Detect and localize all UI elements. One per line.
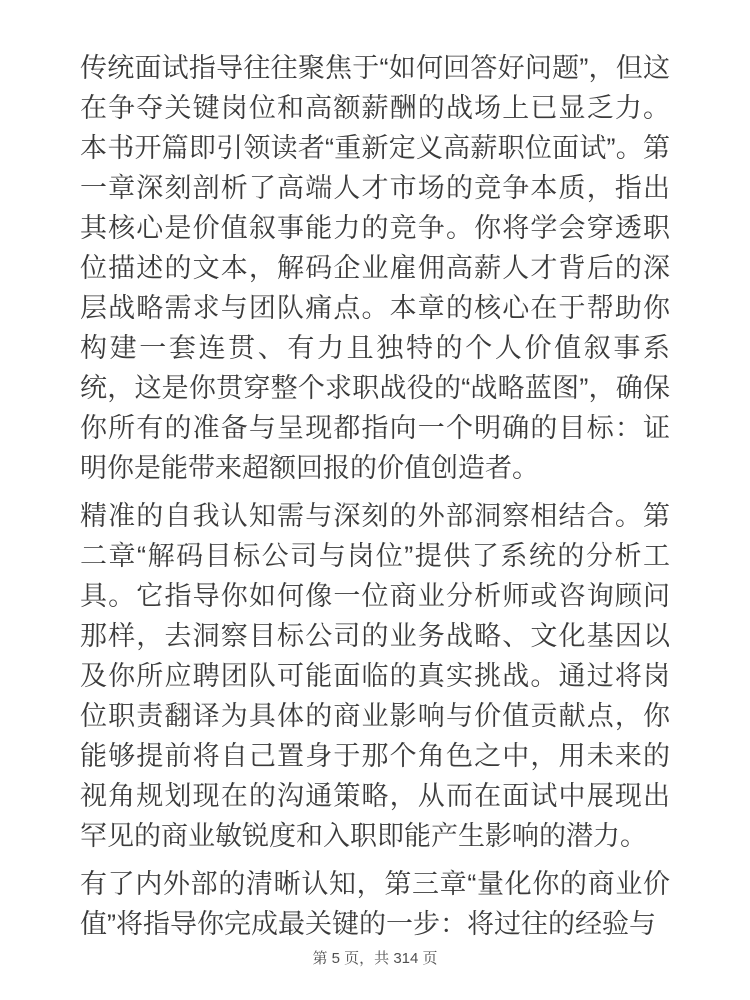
paragraph-2: 精准的自我认知需与深刻的外部洞察相结合。第二章“解码目标公司与岗位”提供了系统的… xyxy=(80,496,670,856)
page-body: 传统面试指导往往聚焦于“如何回答好问题”，但这在争夺关键岗位和高额薪酬的战场上已… xyxy=(80,48,670,952)
document-page: 传统面试指导往往聚焦于“如何回答好问题”，但这在争夺关键岗位和高额薪酬的战场上已… xyxy=(0,0,750,1000)
page-number-footer: 第 5 页，共 314 页 xyxy=(0,949,750,969)
paragraph-1: 传统面试指导往往聚焦于“如何回答好问题”，但这在争夺关键岗位和高额薪酬的战场上已… xyxy=(80,48,670,488)
paragraph-3: 有了内外部的清晰认知，第三章“量化你的商业价值”将指导你完成最关键的一步：将过往… xyxy=(80,864,670,944)
